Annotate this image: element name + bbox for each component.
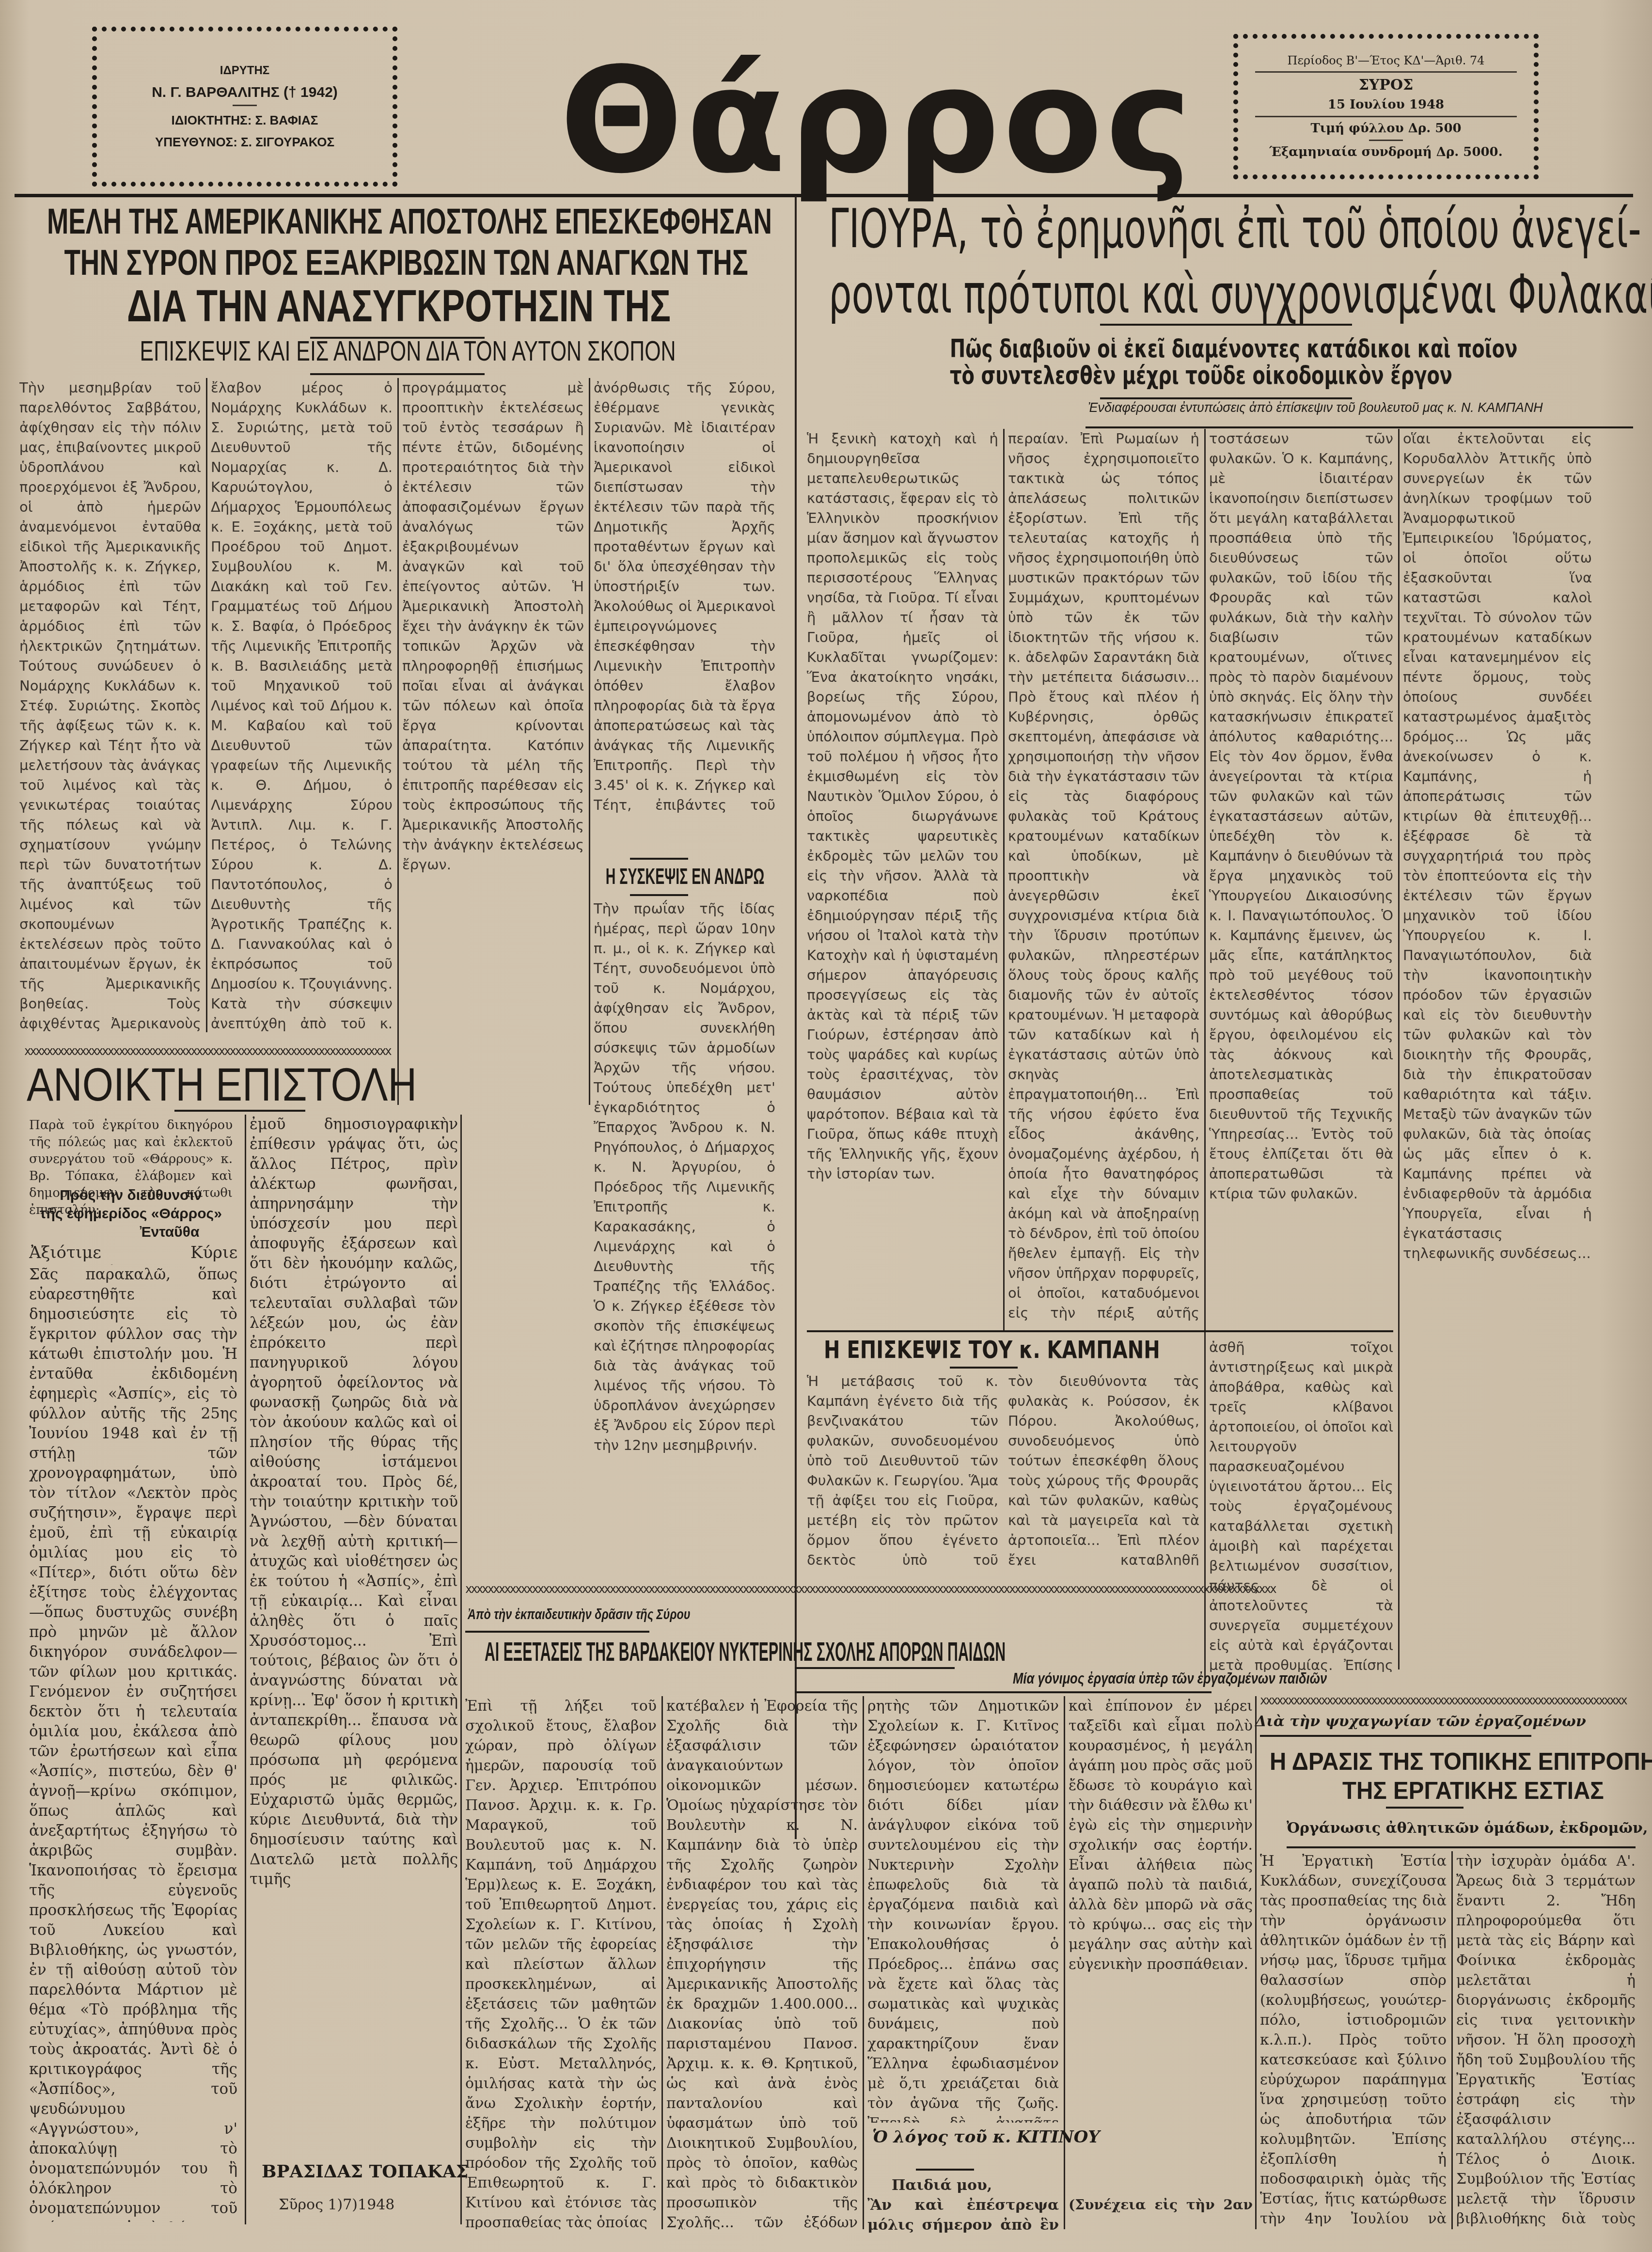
gioura-headline-1: ΓΙΟΥΡΑ, τὸ ἐρημονῆσι ἐπὶ τοῦ ὁποίου ἀνεγ… (829, 199, 1626, 259)
editor-line: ΥΠΕΥΘΥΝΟΣ: Σ. ΣΙΓΟΥΡΑΚΟΣ (155, 135, 334, 150)
mission-headline-1: ΜΕΛΗ ΤΗΣ ΑΜΕΡΙΚΑΝΙΚΗΣ ΑΠΟΣΤΟΛΗΣ ΕΠΕΣΚΕΦΘ… (17, 201, 802, 242)
gioura-col-2: περαίαν. Ἐπὶ Ρωμαίων ἡ νῆσος ἐχρησιμοποι… (1008, 429, 1199, 1325)
open-letter-col-1: Σᾶς παρακαλῶ, ὅπως εὐαρεστηθῆτε καὶ δημο… (29, 1265, 237, 2222)
issue-box: Περίοδος Β'—Έτος ΚΔ'—Άριθ. 74 ΣΥΡΟΣ 15 Ι… (1233, 34, 1539, 179)
founder-name: Ν. Γ. ΒΑΡΘΑΛΙΤΗΣ († 1942) (152, 84, 338, 101)
hearth-col-2: τὴν ἰσχυρὰν ὁμάδα Α'. Ἄρεως διὰ 3 τερμάτ… (1456, 1851, 1636, 2229)
mission-col-1: Τὴν μεσημβρίαν τοῦ παρελθόντος Σαββάτου,… (19, 378, 201, 1032)
gioura-headline-2: ρονται πρότυποι καὶ συγχρονισμέναι Φυλακ… (829, 264, 1626, 325)
vardakeios-headline: ΑΙ ΕΞΕΤΑΣΕΙΣ ΤΗΣ ΒΑΡΔΑΚΕΙΟΥ ΝΥΚΤΕΡΙΝΗΣ Σ… (485, 1636, 1230, 1668)
kitinos-speech-text: Ἂν καὶ ἐπέστρεψα μόλις σήμερον ἀπὸ ἓν πο… (867, 2195, 1059, 2235)
open-letter-salutation: Ἀξιότιμε Κύριε Διευθυντά, (29, 1243, 237, 1265)
gioura-col-1: Ἡ ξενικὴ κατοχὴ καὶ ἡ δημιουργηθεῖσα μετ… (807, 429, 998, 1325)
vardakeios-col-2: κατέβαλεν ἡ Ἐφορεία τῆς Σχολῆς διὰ τὴν ἐ… (666, 1696, 858, 2229)
hearth-kicker: Διὰ τὴν ψυχαγωγίαν τῶν ἐργαζομένων (1255, 1713, 1586, 1730)
mission-col-2: ἔλαβον μέρος ὁ Νομάρχης Κυκλάδων κ. Σ. Σ… (211, 378, 393, 1032)
vardakeios-col-4: καὶ ἐπίπονον ἐν μέρει ταξεῖδι καὶ εἶμαι … (1069, 1696, 1253, 2181)
kitinos-speech-title: Ὁ λόγος τοῦ κ. ΚΙΤΙΝΟΥ (872, 2127, 1066, 2147)
issue-subscription: Έξαμηνιαία συνδρομή Δρ. 5000. (1269, 145, 1502, 159)
kampanis-col-3: ἀσθῆ τοῖχοι ἀντιστηρίξεως καὶ μικρὰ ἀποβ… (1209, 1338, 1393, 1672)
andros-subhead: Η ΣΥΣΚΕΨΙΣ ΕΝ ΑΝΔΡΩ (601, 863, 769, 890)
kitinos-speech-open: Παιδιά μου, (892, 2176, 1037, 2196)
mission-headline-3: ΔΙΑ ΤΗΝ ΑΝΑΣΥΓΚΡΟΤΗΣΙΝ ΤΗΣ (78, 281, 720, 331)
mission-rule-2 (310, 373, 485, 375)
gioura-col-4: οἵαι ἐκτελοῦνται εἰς Κορυδαλλὸν Ἀττικῆς … (1403, 429, 1592, 1665)
issue-price: Τιμή φύλλου Δρ. 500 (1310, 121, 1461, 136)
gioura-subhead-2: τὸ συντελεσθὲν μέχρι τοῦδε οἰκοδομικὸν ἔ… (950, 361, 1516, 390)
open-letter-address-2: τῆς ἐφημερίδος «Θάρρος» (29, 1206, 233, 1222)
open-letter-col-2: ἐμοῦ δημοσιογραφικὴν ἐπίθεσιν γράψας ὅτι… (250, 1115, 458, 2152)
andros-text: Τὴν πρωΐαν τῆς ἰδίας ἡμέρας, περὶ ὥραν 1… (594, 899, 775, 1568)
vardakeios-col-3: ρητὴς τῶν Δημοτικῶν Σχολείων κ. Γ. Κιτῖν… (867, 1696, 1059, 2123)
masthead-rule (15, 194, 1633, 197)
open-letter-address-3: Ἐνταῦθα (97, 1224, 242, 1241)
owner-line: ΙΔΙΟΚΤΗΤΗΣ: Σ. ΒΑΦΙΑΣ (172, 113, 318, 128)
issue-place: ΣΥΡΟΣ (1359, 77, 1414, 94)
vardakeios-col-1: Ἐπὶ τῇ λήξει τοῦ σχολικοῦ ἔτους, ἔλαβον … (465, 1696, 657, 2229)
hearth-headline-2: ΤΗΣ ΕΡΓΑΤΙΚΗΣ ΕΣΤΙΑΣ (1342, 1776, 1600, 1805)
issue-date: 15 Ιουλίου 1948 (1328, 97, 1444, 112)
open-letter-address-1: Πρὸς τὴν διεύθυνσιν (29, 1187, 233, 1204)
vardakeios-border: xxxxxxxxxxxxxxxxxxxxxxxxxxxxxxxxxxxxxxxx… (465, 1585, 1289, 1593)
hearth-subhead: Ὀργάνωσις ἀθλητικῶν ὁμάδων, ἐκδρομῶν, κ.… (1287, 1820, 1652, 1837)
mission-headline-2: ΤΗΝ ΣΥΡΟΝ ΠΡΟΣ ΕΞΑΚΡΙΒΩΣΙΝ ΤΩΝ ΑΝΑΓΚΩΝ Τ… (24, 242, 788, 283)
kampanis-col-2: τὸν διευθύνοντα τὰς φυλακὰς κ. Ρούσσον, … (1008, 1371, 1199, 1565)
open-letter-border: xxxxxxxxxxxxxxxxxxxxxxxxxxxxxxxxxxxxxxxx… (24, 1047, 397, 1055)
vardakeios-kicker: Ἀπὸ τὴν ἐκπαιδευτικὴν δρᾶσιν τῆς Σύρου (468, 1606, 691, 1623)
issue-period: Περίοδος Β'—Έτος ΚΔ'—Άριθ. 74 (1288, 54, 1485, 67)
kampanis-col-1: Ἡ μετάβασις τοῦ κ. Καμπάνη ἐγένετο διὰ τ… (807, 1371, 998, 1565)
founder-label: ΙΔΡΥΤΗΣ (220, 64, 269, 78)
gioura-col-3: τοστάσεων τῶν φυλακῶν. Ὁ κ. Καμπάνης, μὲ… (1209, 429, 1393, 1330)
mission-col-4: ἀνόρθωσις τῆς Σύρου, ἐθέρμανε γενικὰς Συ… (594, 378, 775, 814)
continued-note: (Συνέχεια εἰς τὴν 2αν σελίδα) (1069, 2195, 1253, 2216)
vardakeios-subhead: Μία γόνιμος ἐργασία ὑπὲρ τῶν ἐργαζομένων… (1013, 1669, 1327, 1687)
hearth-border: xxxxxxxxxxxxxxxxxxxxxxxxxxxxxxxxxxxxxxxx… (1260, 1696, 1628, 1705)
founder-box: ΙΔΡΥΤΗΣ Ν. Γ. ΒΑΡΘΑΛΙΤΗΣ († 1942) ΙΔΙΟΚΤ… (92, 27, 397, 187)
open-letter-date: Σῦρος 1)7)1948 (279, 2195, 424, 2217)
hearth-headline-1: Η ΔΡΑΣΙΣ ΤΗΣ ΤΟΠΙΚΗΣ ΕΠΙΤΡΟΠΗΣ (1270, 1747, 1620, 1776)
gioura-subhead-1: Πῶς διαβιοῦν οἱ ἐκεῖ διαμένοντες κατάδικ… (950, 334, 1516, 363)
mission-subhead: ΕΠΙΣΚΕΨΙΣ ΚΑΙ ΕΙΣ ΑΝΔΡΟΝ ΔΙΑ ΤΟΝ ΑΥΤΟΝ Σ… (17, 334, 799, 368)
open-letter-headline: ΑΝΟΙΚΤΗ ΕΠΙΣΤΟΛΗ (27, 1059, 397, 1111)
gioura-byline: Ἐνδιαφέρουσαι ἐντυπώσεις ἀπὸ ἐπίσκεψιν τ… (1088, 400, 1543, 415)
hearth-col-1: Ἡ Ἐργατικὴ Ἑστία Κυκλάδων, συνεχίζουσα τ… (1260, 1851, 1447, 2229)
newspaper-title: Θάρρος (523, 44, 1231, 199)
open-letter-signature: ΒΡΑΣΙΔΑΣ ΤΟΠΑΚΑΣ (262, 2161, 465, 2182)
mission-col-3: προγράμματος μὲ προοπτικὴν ἐκτελέσεως το… (402, 378, 584, 1105)
